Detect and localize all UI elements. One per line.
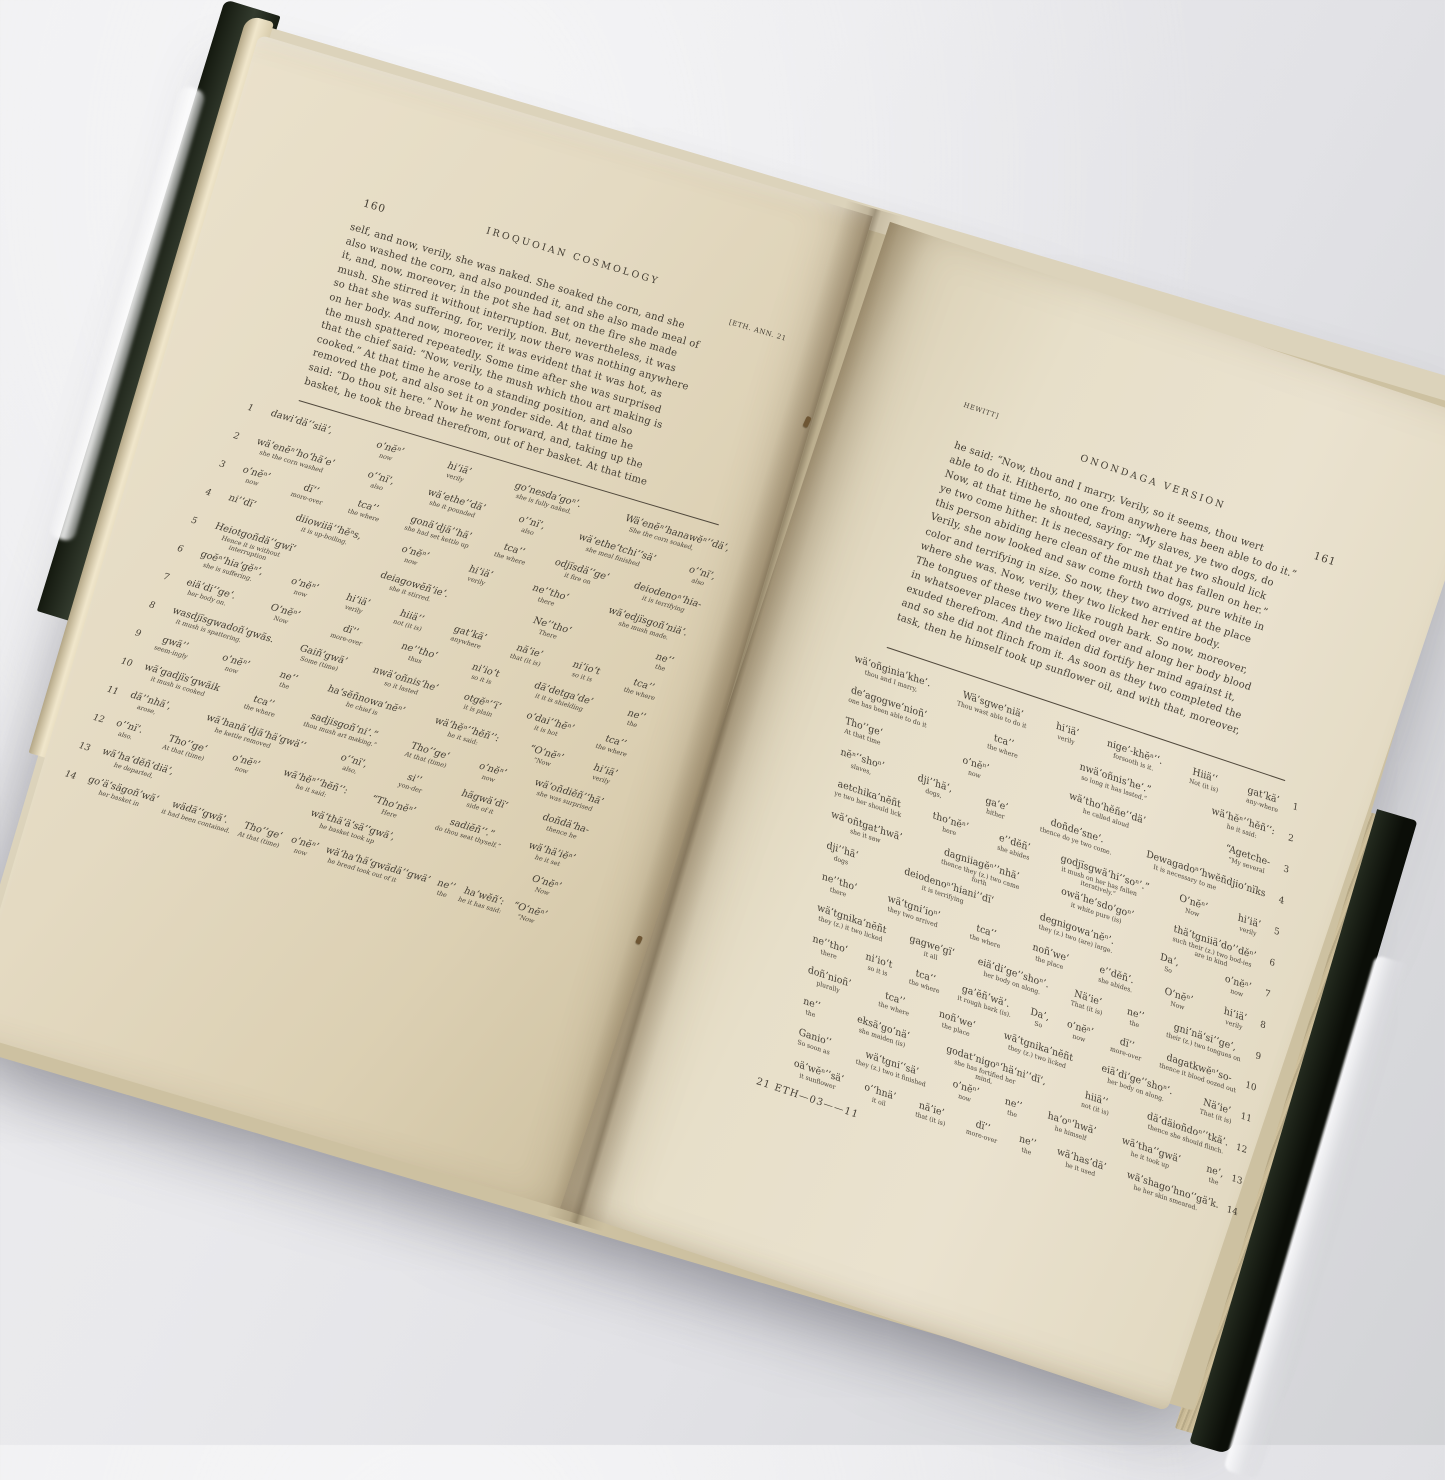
native-word: dawi’dä’’siä’, (269, 408, 335, 436)
interlinear-unit: nige’-khĕⁿ’‘.forsooth is it. (1105, 738, 1163, 776)
row-number: 12 (1227, 1138, 1248, 1156)
interlinear-unit: o’‘nï’,also (362, 469, 397, 494)
interlinear-unit: o’nĕⁿ’now (226, 752, 261, 777)
interlinear-unit: tca’’the where (346, 497, 386, 523)
interlinear-unit: nä’ie’that (it is) (508, 642, 547, 668)
interlinear-unit: Da’,So (1028, 1006, 1049, 1031)
interlinear-unit: O’nĕⁿ’Now (526, 873, 563, 899)
interlinear-unit: ne’’the (1017, 1133, 1037, 1158)
interlinear-unit: ne’’the (431, 878, 457, 900)
interlinear-unit: ga’e’hither (984, 795, 1009, 822)
interlinear-unit: ne’’the (622, 708, 648, 730)
interlinear-unit: ne’’the (1125, 1006, 1145, 1031)
interlinear-unit: gat’kä’anywhere (448, 624, 489, 651)
row-number: 8 (1246, 1013, 1267, 1031)
interlinear-unit: ne’’the (800, 996, 821, 1028)
row-number: 11 (1232, 1107, 1253, 1125)
interlinear-unit: O’nĕⁿ’Now (265, 602, 302, 628)
interlinear-unit: ni’io‘tso it is (864, 951, 893, 979)
interlinear-unit: o’‘nï’,also (683, 564, 718, 589)
interlinear-unit: ni’io‘tso it is (466, 662, 502, 687)
interlinear-unit: dï’’more-over (289, 480, 329, 507)
interlinear-unit: Hiiä’‘Not (it is) (1189, 766, 1221, 795)
interlinear-unit: dï’’more-over (329, 621, 369, 648)
interlinear-unit: o’nĕⁿ’now (216, 652, 251, 677)
interlinear-unit: o’nĕⁿ’now (473, 761, 508, 786)
row-number: 1 (1278, 795, 1299, 813)
row-number: 7 (1250, 982, 1271, 1000)
interlinear-unit: si’’yon-der (397, 770, 429, 794)
interlinear-unit: ne’’the (274, 669, 300, 691)
interlinear-unit: tca’’the where (622, 676, 662, 702)
interlinear-unit: o’nĕⁿ’now (1223, 973, 1252, 1001)
interlinear-unit: ne’’the (1003, 1096, 1023, 1121)
interlinear-unit: o’nĕⁿ’now (237, 464, 272, 489)
interlinear-unit: hi’iä’verily (340, 592, 372, 616)
row-number: 10 (1237, 1076, 1258, 1094)
row-number: 14 (1218, 1200, 1239, 1218)
row-number: 4 (1264, 889, 1285, 907)
interlinear-unit: tca’’the where (594, 732, 634, 758)
interlinear-unit: hiiä’‘not (it is) (1080, 1089, 1111, 1124)
interlinear-unit: hi’iä’verily (1054, 721, 1080, 748)
interlinear-unit: hi’iä’verily (1222, 1006, 1248, 1033)
interlinear-unit: o’‘nï’,also, (335, 752, 370, 777)
interlinear-unit: ni’‘dï’ (223, 493, 258, 518)
interlinear-unit: o’nĕⁿ’now (396, 544, 431, 569)
row-number: 3 (1269, 858, 1290, 876)
interlinear-unit: e’’dĕñ’she abides (996, 832, 1032, 869)
interlinear-unit: gat’kä’any-where (1246, 785, 1281, 815)
interlinear-unit: o’nĕⁿ’now (371, 439, 406, 464)
interlinear-unit: O’nĕⁿ’Now (1176, 893, 1208, 929)
row-number: 13 (1223, 1169, 1244, 1187)
interlinear-unit: hi’iä’verily (588, 762, 620, 786)
interlinear-unit: hi’iä’verily (463, 564, 495, 588)
interlinear-unit: tca’’the where (242, 692, 282, 718)
interlinear-unit: o’nĕⁿ’now (285, 834, 320, 859)
row-number: 5 (1260, 920, 1281, 938)
open-book: 160 IROQUOIAN COSMOLOGY [ETH. ANN. 21 se… (0, 35, 1445, 1396)
interlinear-unit: go’nesda’goⁿ’.she is fully naked. (509, 480, 584, 517)
interlinear-unit: ni’io‘tso it is (567, 659, 603, 684)
row-number: 9 (1241, 1044, 1262, 1062)
interlinear-unit: dawi’dä’’siä’, (265, 408, 335, 443)
row-number: 6 (1255, 951, 1276, 969)
interlinear-unit: tca’’the where (493, 540, 533, 566)
interlinear-unit: ne’,the (1204, 1163, 1224, 1188)
interlinear-unit: o’‘nï’,also (513, 514, 548, 539)
interlinear-unit: ne’’the (647, 651, 676, 680)
interlinear-unit: o’nĕⁿ’now (951, 1078, 980, 1106)
interlinear-unit: hi’iä’verily (442, 460, 474, 484)
interlinear-unit: Ne’’tho‘There (524, 615, 573, 650)
native-word: ni’‘dï’ (226, 493, 257, 511)
interlinear-unit: hiiä’’not (it is) (392, 607, 429, 633)
row-number: 2 (1274, 826, 1295, 844)
photo-scene: 160 IROQUOIAN COSMOLOGY [ETH. ANN. 21 se… (0, 0, 1445, 1445)
interlinear-right: wä’oñginia’khe’.thou and I marry,Wä’sgwe… (790, 653, 1299, 1237)
interlinear-unit: o’nĕⁿ’now (961, 755, 990, 783)
interlinear-unit: Da’,So (1158, 952, 1179, 977)
interlinear-unit: hi’iä’verily (1235, 912, 1262, 946)
interlinear-unit: O’nĕⁿ’Now (1163, 986, 1194, 1015)
interlinear-unit: o’nĕⁿ’now (285, 576, 320, 601)
interlinear-unit: o’nĕⁿ’now (1065, 1018, 1094, 1046)
